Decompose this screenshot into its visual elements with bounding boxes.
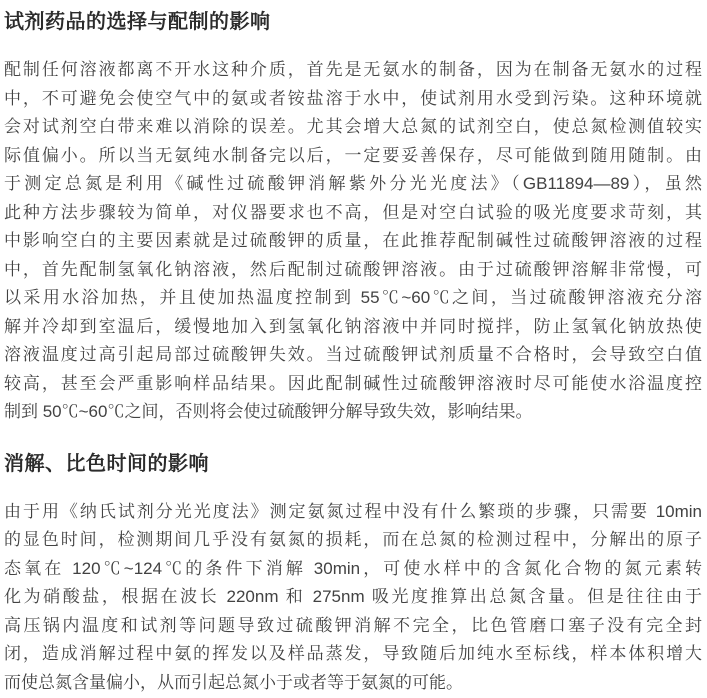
text-line: 此种方法步骤较为简单，对仪器要求也不高，但是对空白试验的吸光度要求苛刻，其	[4, 199, 702, 228]
text-line: 由于用《纳氏试剂分光光度法》测定氨氮过程中没有什么繁琐的步骤，只需要 10min	[4, 498, 702, 527]
text-line: 制到 50℃~60℃之间，否则将会使过硫酸钾分解导致失效，影响结果。	[4, 398, 702, 427]
text-line: 而使总氮含量偏小，从而引起总氮小于或者等于氨氮的可能。	[4, 669, 702, 698]
section-heading-digestion-time: 消解、比色时间的影响	[4, 451, 702, 477]
paragraph-digestion-time: 由于用《纳氏试剂分光光度法》测定氨氮过程中没有什么繁琐的步骤，只需要 10min…	[4, 498, 702, 698]
text-line: 化为硝酸盐，根据在波长 220nm 和 275nm 吸光度推算出总氮含量。但是往…	[4, 583, 702, 612]
text-line: 闭，造成消解过程中氨的挥发以及样品蒸发，导致随后加纯水至标线，样本体积增大	[4, 640, 702, 669]
text-line: 际值偏小。所以当无氨纯水制备完以后，一定要妥善保存，尽可能做到随用随制。由	[4, 142, 702, 171]
section-reagent-selection: 试剂药品的选择与配制的影响 配制任何溶液都离不开水这种介质，首先是无氨水的制备，…	[4, 9, 702, 427]
text-line: 溶液温度过高引起局部过硫酸钾失效。当过硫酸钾试剂质量不合格时，会导致空白值	[4, 341, 702, 370]
article: 试剂药品的选择与配制的影响 配制任何溶液都离不开水这种介质，首先是无氨水的制备，…	[0, 0, 707, 697]
text-line: 中，首先配制氢氧化钠溶液，然后配制过硫酸钾溶液。由于过硫酸钾溶解非常慢，可	[4, 256, 702, 285]
text-line: 中影响空白的主要因素就是过硫酸钾的质量，在此推荐配制碱性过硫酸钾溶液的过程	[4, 227, 702, 256]
text-line: 于测定总氮是利用《碱性过硫酸钾消解紫外分光光度法》（GB11894—89），虽然	[4, 170, 702, 199]
text-line: 较高，甚至会严重影响样品结果。因此配制碱性过硫酸钾溶液时尽可能使水浴温度控	[4, 370, 702, 399]
text-line: 配制任何溶液都离不开水这种介质，首先是无氨水的制备，因为在制备无氨水的过程	[4, 56, 702, 85]
text-line: 的显色时间，检测期间几乎没有氨氮的损耗，而在总氮的检测过程中，分解出的原子	[4, 526, 702, 555]
document-page: { "page": { "background": "#ffffff", "he…	[0, 0, 707, 698]
text-line: 态氧在 120℃~124℃的条件下消解 30min，可使水样中的含氮化合物的氮元…	[4, 555, 702, 584]
text-line: 中，不可避免会使空气中的氨或者铵盐溶于水中，使试剂用水受到污染。这种环境就	[4, 85, 702, 114]
section-digestion-colorimetric-time: 消解、比色时间的影响 由于用《纳氏试剂分光光度法》测定氨氮过程中没有什么繁琐的步…	[4, 451, 702, 698]
paragraph-reagent-selection: 配制任何溶液都离不开水这种介质，首先是无氨水的制备，因为在制备无氨水的过程中，不…	[4, 56, 702, 427]
text-line: 高压锅内温度和试剂等问题导致过硫酸钾消解不完全，比色管磨口塞子没有完全封	[4, 612, 702, 641]
text-line: 解并冷却到室温后，缓慢地加入到氢氧化钠溶液中并同时搅拌，防止氢氧化钠放热使	[4, 313, 702, 342]
section-heading-reagent-selection: 试剂药品的选择与配制的影响	[4, 9, 702, 35]
text-line: 会对试剂空白带来难以消除的误差。尤其会增大总氮的试剂空白，使总氮检测值较实	[4, 113, 702, 142]
text-line: 以采用水浴加热，并且使加热温度控制到 55℃~60℃之间，当过硫酸钾溶液充分溶	[4, 284, 702, 313]
